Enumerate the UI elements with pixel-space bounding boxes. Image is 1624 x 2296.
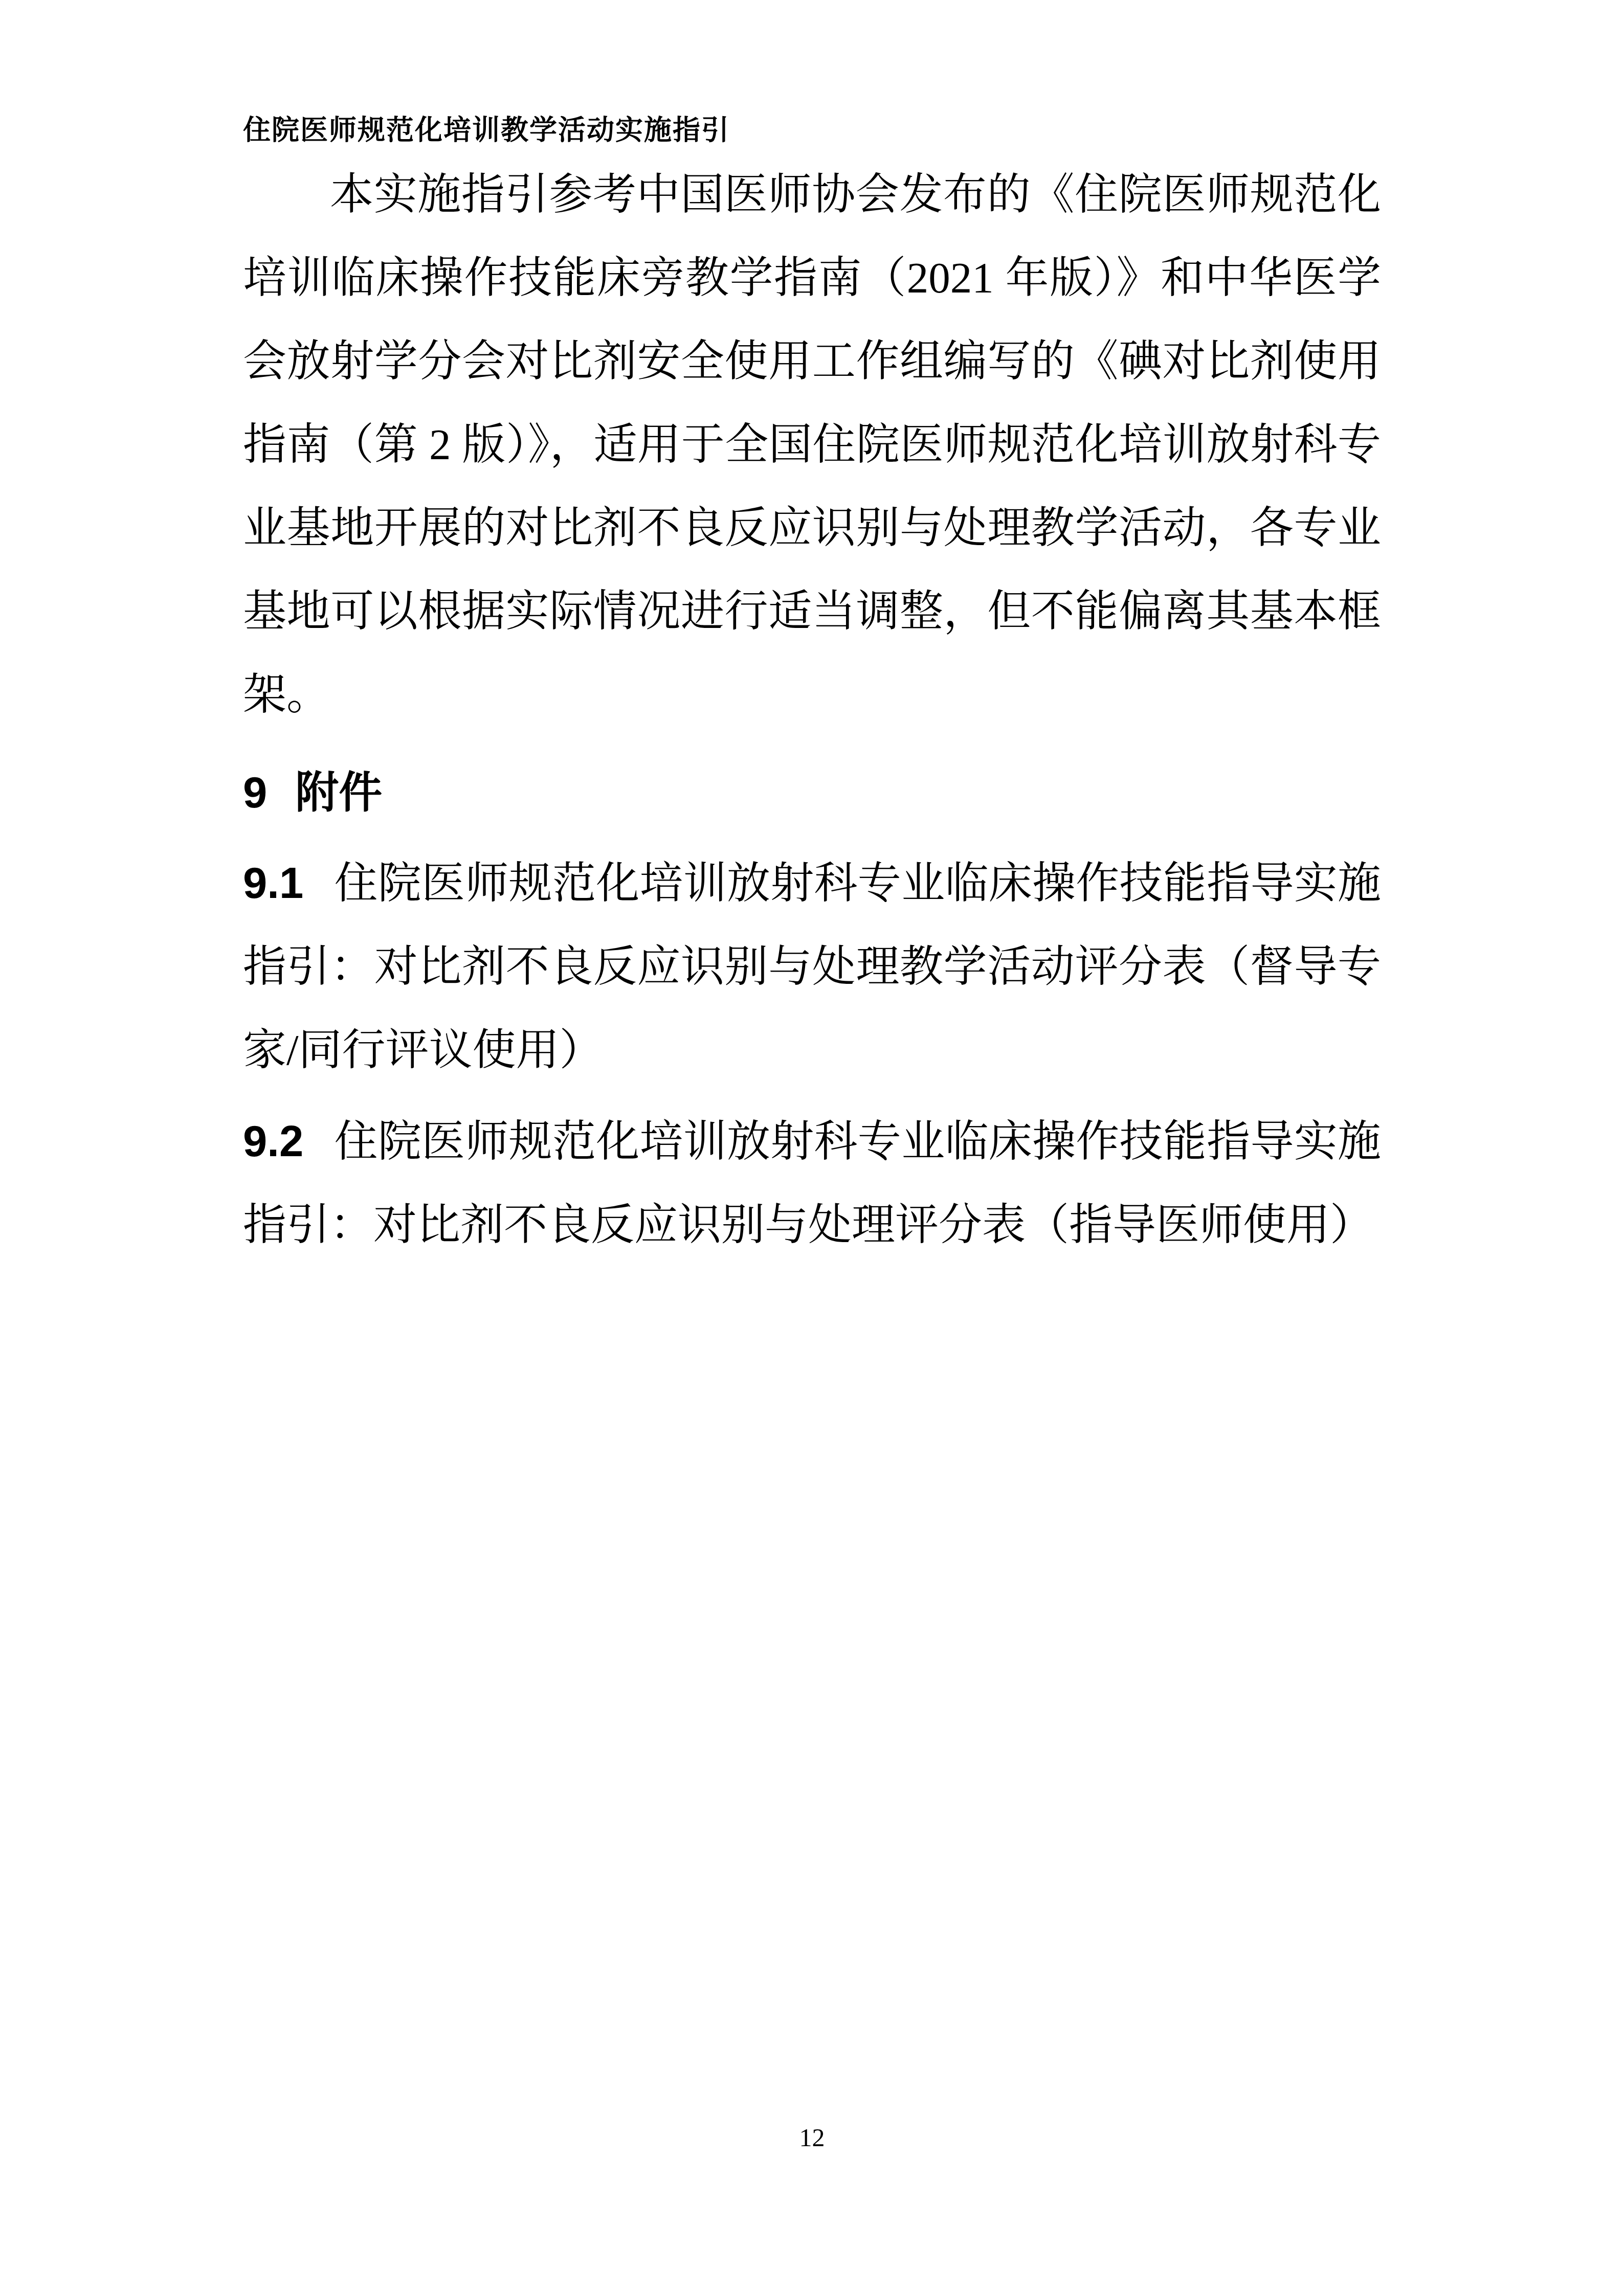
attachment-item-text: 住院医师规范化培训放射科专业临床操作技能指导实施指引：对比剂不良反应识别与处理教… <box>243 860 1381 1074</box>
document-page: 住院医师规范化培训教学活动实施指引 本实施指引参考中国医师协会发布的《住院医师规… <box>0 0 1624 2296</box>
attachment-item-number: 9.1 <box>243 859 303 908</box>
section-title: 附件 <box>295 769 382 817</box>
section-number: 9 <box>243 762 267 824</box>
section-heading: 9附件 <box>243 762 1381 824</box>
attachment-item-number: 9.2 <box>243 1117 303 1166</box>
page-content: 本实施指引参考中国医师协会发布的《住院医师规范化培训临床操作技能床旁教学指南（2… <box>243 153 1381 1267</box>
attachment-item-text: 住院医师规范化培训放射科专业临床操作技能指导实施指引：对比剂不良反应识别与处理评… <box>243 1118 1381 1249</box>
page-number: 12 <box>0 2122 1624 2153</box>
intro-paragraph: 本实施指引参考中国医师协会发布的《住院医师规范化培训临床操作技能床旁教学指南（2… <box>243 153 1381 737</box>
running-header: 住院医师规范化培训教学活动实施指引 <box>243 114 730 147</box>
attachment-item-9-1: 9.1住院医师规范化培训放射科专业临床操作技能指导实施指引：对比剂不良反应识别与… <box>243 842 1381 1092</box>
attachment-item-9-2: 9.2住院医师规范化培训放射科专业临床操作技能指导实施指引：对比剂不良反应识别与… <box>243 1100 1381 1267</box>
